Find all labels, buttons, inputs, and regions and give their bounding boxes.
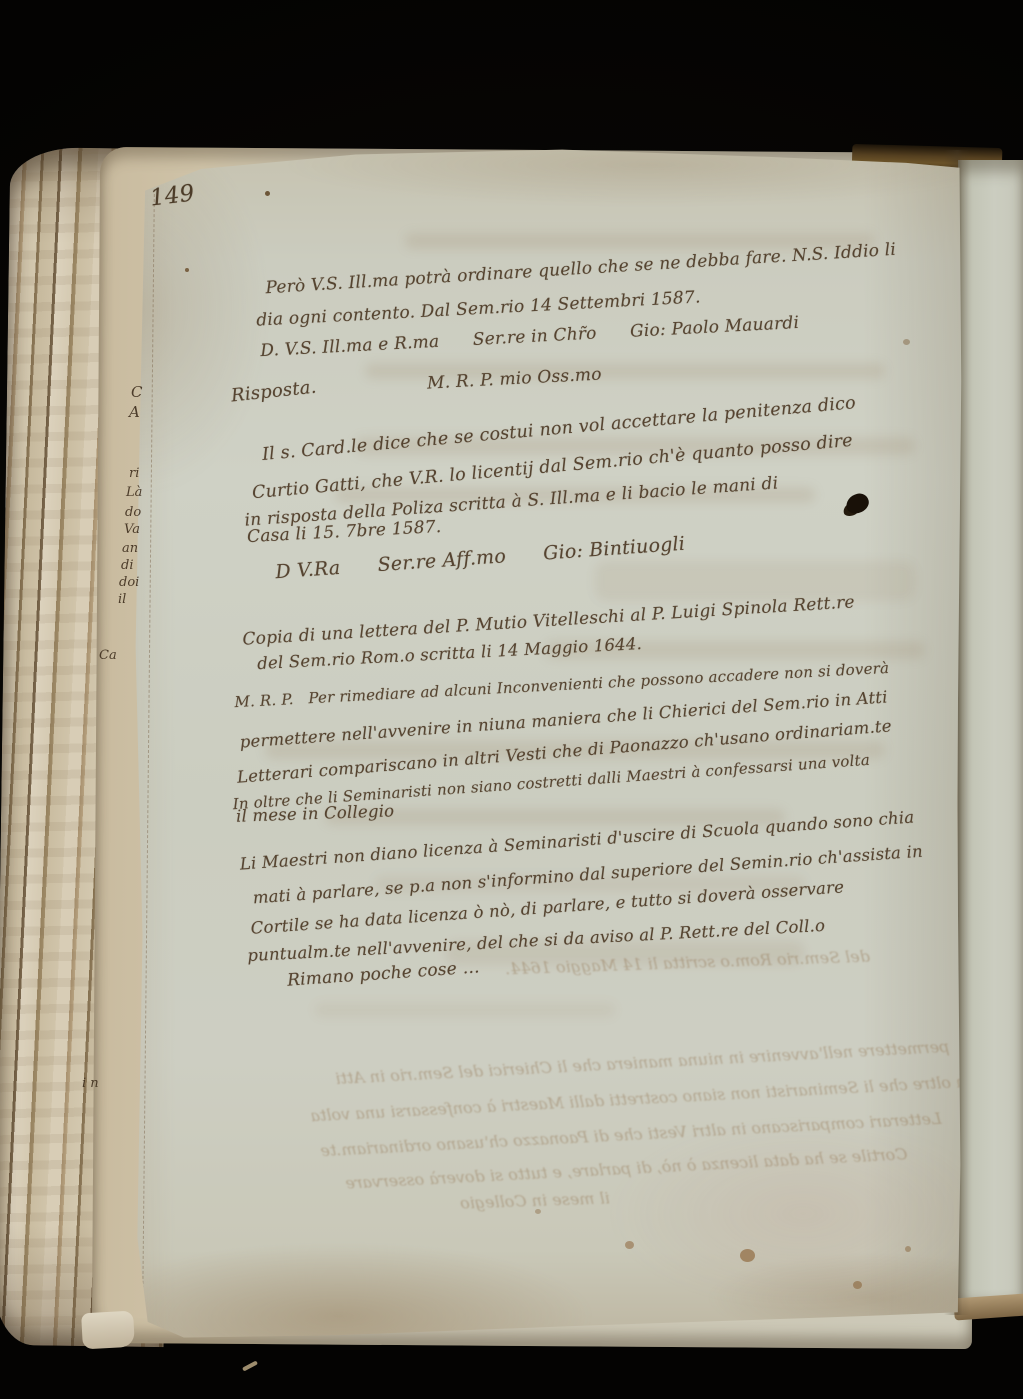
manuscript-photo: C 149 Però V.S. Ill.ma potrà ordinare qu… — [0, 0, 1023, 1399]
stain-spot — [903, 339, 910, 345]
margin-fragment: an — [122, 541, 138, 556]
manuscript-page: 149 Però V.S. Ill.ma potrà ordinare quel… — [115, 140, 975, 1346]
ink-spot — [185, 268, 189, 272]
paper-speck — [242, 1360, 258, 1371]
protruding-leaf-corner — [81, 1311, 135, 1350]
stain-spot — [853, 1281, 862, 1289]
stain-spot — [905, 1246, 911, 1252]
ink-smudge — [315, 1003, 615, 1017]
margin-fragment: ri — [129, 466, 139, 481]
margin-fragment: Là — [126, 485, 142, 500]
ink-blot — [844, 492, 871, 516]
page-crease-line — [142, 179, 155, 1319]
margin-fragment: di — [121, 558, 133, 573]
stain-spot — [625, 1241, 634, 1249]
manuscript-line: Rimano poche cose … — [287, 957, 481, 990]
margin-fragment: Va — [124, 522, 140, 537]
margin-fragment: C — [131, 383, 142, 401]
risposta-label: Risposta. — [230, 377, 317, 407]
bleedthrough-line: il mese in Collegio — [460, 1188, 610, 1212]
margin-fragment: do — [125, 505, 141, 520]
stain-spot — [740, 1249, 755, 1262]
margin-fragment: il — [118, 592, 126, 607]
margin-fragment: doi — [119, 575, 139, 590]
ink-spot — [265, 191, 270, 196]
margin-fragment: i n — [82, 1076, 99, 1091]
ink-smudge — [595, 561, 915, 601]
margin-fragment: Ca — [99, 648, 117, 663]
margin-fragment: A — [129, 403, 140, 421]
